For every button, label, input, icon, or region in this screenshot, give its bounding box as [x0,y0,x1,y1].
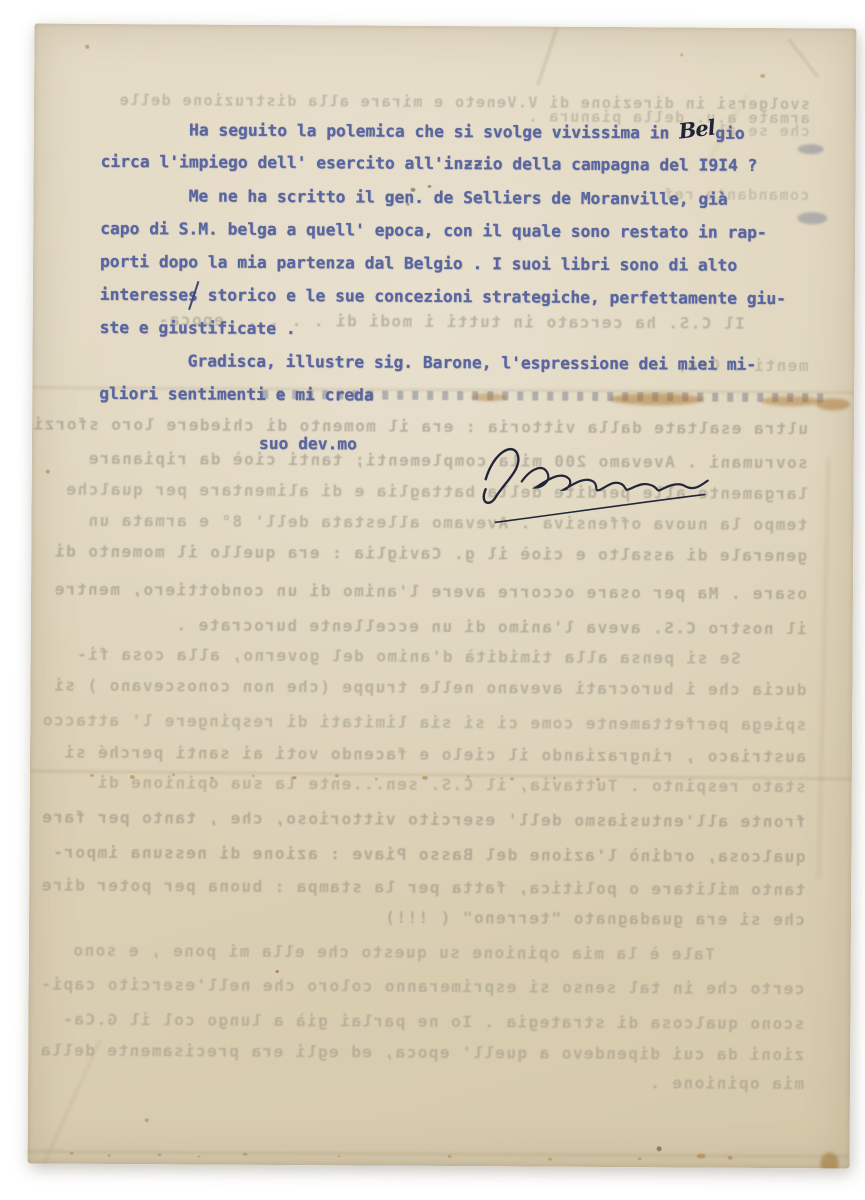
stain-spot [338,1155,341,1157]
letter-page: svolgersi in direzione di V.Veneto e mir… [28,23,857,1168]
stain-spot [422,776,428,780]
struck-character: s [188,284,198,306]
typed-line: Gradisca, illustre sig. Barone, l'espres… [99,350,756,376]
bleedthrough-line: austriaco , ringraziando il cielo e face… [63,743,806,767]
stain-spot [292,776,297,779]
bleedthrough-line: il nostro C.S. aveva l'animo di un eccel… [175,615,807,638]
bleedthrough-line: zioni da cui dipendevo a quell' epoca, e… [39,1041,804,1065]
stain-spot [609,393,704,406]
stain-spot [406,203,409,206]
stains-and-creases-layer [34,23,856,28]
signature-underline [495,493,704,523]
handwritten-correction: Bel [678,117,716,143]
bleedthrough-line: mia opinione . [649,1073,804,1093]
stain-spot [596,778,600,781]
stain-spot [816,398,850,410]
paper-crease [37,1040,101,1169]
typed-line: ste e giustificate . [100,317,296,340]
stain-spot [638,1157,642,1160]
bleedthrough-line: che si era guadagnato "terreno" ( !!!) [384,908,805,930]
bleedthrough-line: spiega perfettamente come ci si sia limi… [41,711,806,735]
bleedthrough-line: tanto militare o politica, fatta per la … [40,876,805,900]
typed-text: porti dopo la mia partenza dal Belgio . … [100,252,737,275]
paper-crease [788,39,819,78]
paper-crease [818,458,830,878]
stain-spot [797,212,827,224]
signature-initial [484,449,519,503]
paper-crease [28,1150,850,1157]
typed-text: capo di S.M. belga a quell' epoca, con i… [100,219,767,242]
stain-spot [130,775,135,779]
typed-line: capo di S.M. belga a quell' epoca, con i… [100,218,767,244]
paper-crease [30,770,852,780]
stain-spot [210,777,214,780]
stain-spot [46,470,50,474]
stain-spot [108,1154,111,1157]
stain-spot [657,1146,662,1151]
bleedthrough-line: ducia che i burocrati avevano nelle trup… [53,676,807,700]
typed-text: circa l'impiego dell' esercito all'inƶƶi… [101,152,758,175]
stain-spot [510,777,514,780]
signature-scrawl [471,421,742,553]
bleedthrough-line: scono qualcosa di strategia . Io ne parl… [62,1010,805,1034]
typed-text-block: Ha seguito la polemica che si svolge viv… [34,23,856,28]
typed-line: porti dopo la mia partenza dal Belgio . … [100,251,737,277]
stain-spot [761,396,821,406]
stain-spot [276,970,279,973]
stain-spot [145,1118,149,1122]
bleedthrough-line: Se si pensa alla timidità d'animo del go… [76,645,741,668]
typed-text: Ha seguito la polemica che si svolge viv… [101,120,679,143]
stain-spot [85,45,89,49]
bleedthrough-line: certo che in tal senso si esprimeranno c… [40,975,805,999]
bleedthrough-line: svolgersi in direzione di V.Veneto e mir… [118,91,810,113]
stain-spot [471,393,507,401]
stain-spot [375,778,378,781]
scanned-letter-background: svolgersi in direzione di V.Veneto e mir… [0,0,865,1200]
typed-text: storico e le sue concezioni strategiche,… [198,286,786,309]
stain-spot [760,74,765,78]
typed-line: circa l'impiego dell' esercito all'inƶƶi… [101,151,758,177]
stain-spot [548,1158,553,1161]
typed-text: Gradisca, illustre sig. Barone, l'espres… [99,351,756,374]
stain-spot [553,777,556,780]
stain-spot [410,188,415,192]
typed-line: Ha seguito la polemica che si svolge viv… [101,117,745,145]
bleedthrough-line: osare . Ma per osare occorre avere l'ani… [53,580,807,604]
paper-crease [537,28,558,86]
stain-spot [448,1155,452,1158]
typed-line: interesses storico e le sue concezioni s… [100,284,786,310]
typed-text: interesse [100,285,188,305]
bleedthrough-line: Tale è la mia opinione su questo che ell… [72,941,715,964]
bleedthrough-line: qualcosa, ordinò l'azione del Basso Piav… [52,843,806,867]
signature-body [522,468,708,491]
typed-text: ste e giustificate . [100,318,296,338]
stain-spot [90,774,94,777]
stain-spot [172,773,175,776]
stain-spot [798,144,824,154]
stain-spot [680,53,683,56]
stain-spot [427,185,431,188]
closing-line: suo dev.mo [259,433,357,456]
stain-spot [198,1156,201,1158]
stain-spot [252,775,255,777]
bleedthrough-line: fronte all'entusiasmo dell' esercito vit… [41,808,806,832]
stain-spot [158,1153,162,1156]
